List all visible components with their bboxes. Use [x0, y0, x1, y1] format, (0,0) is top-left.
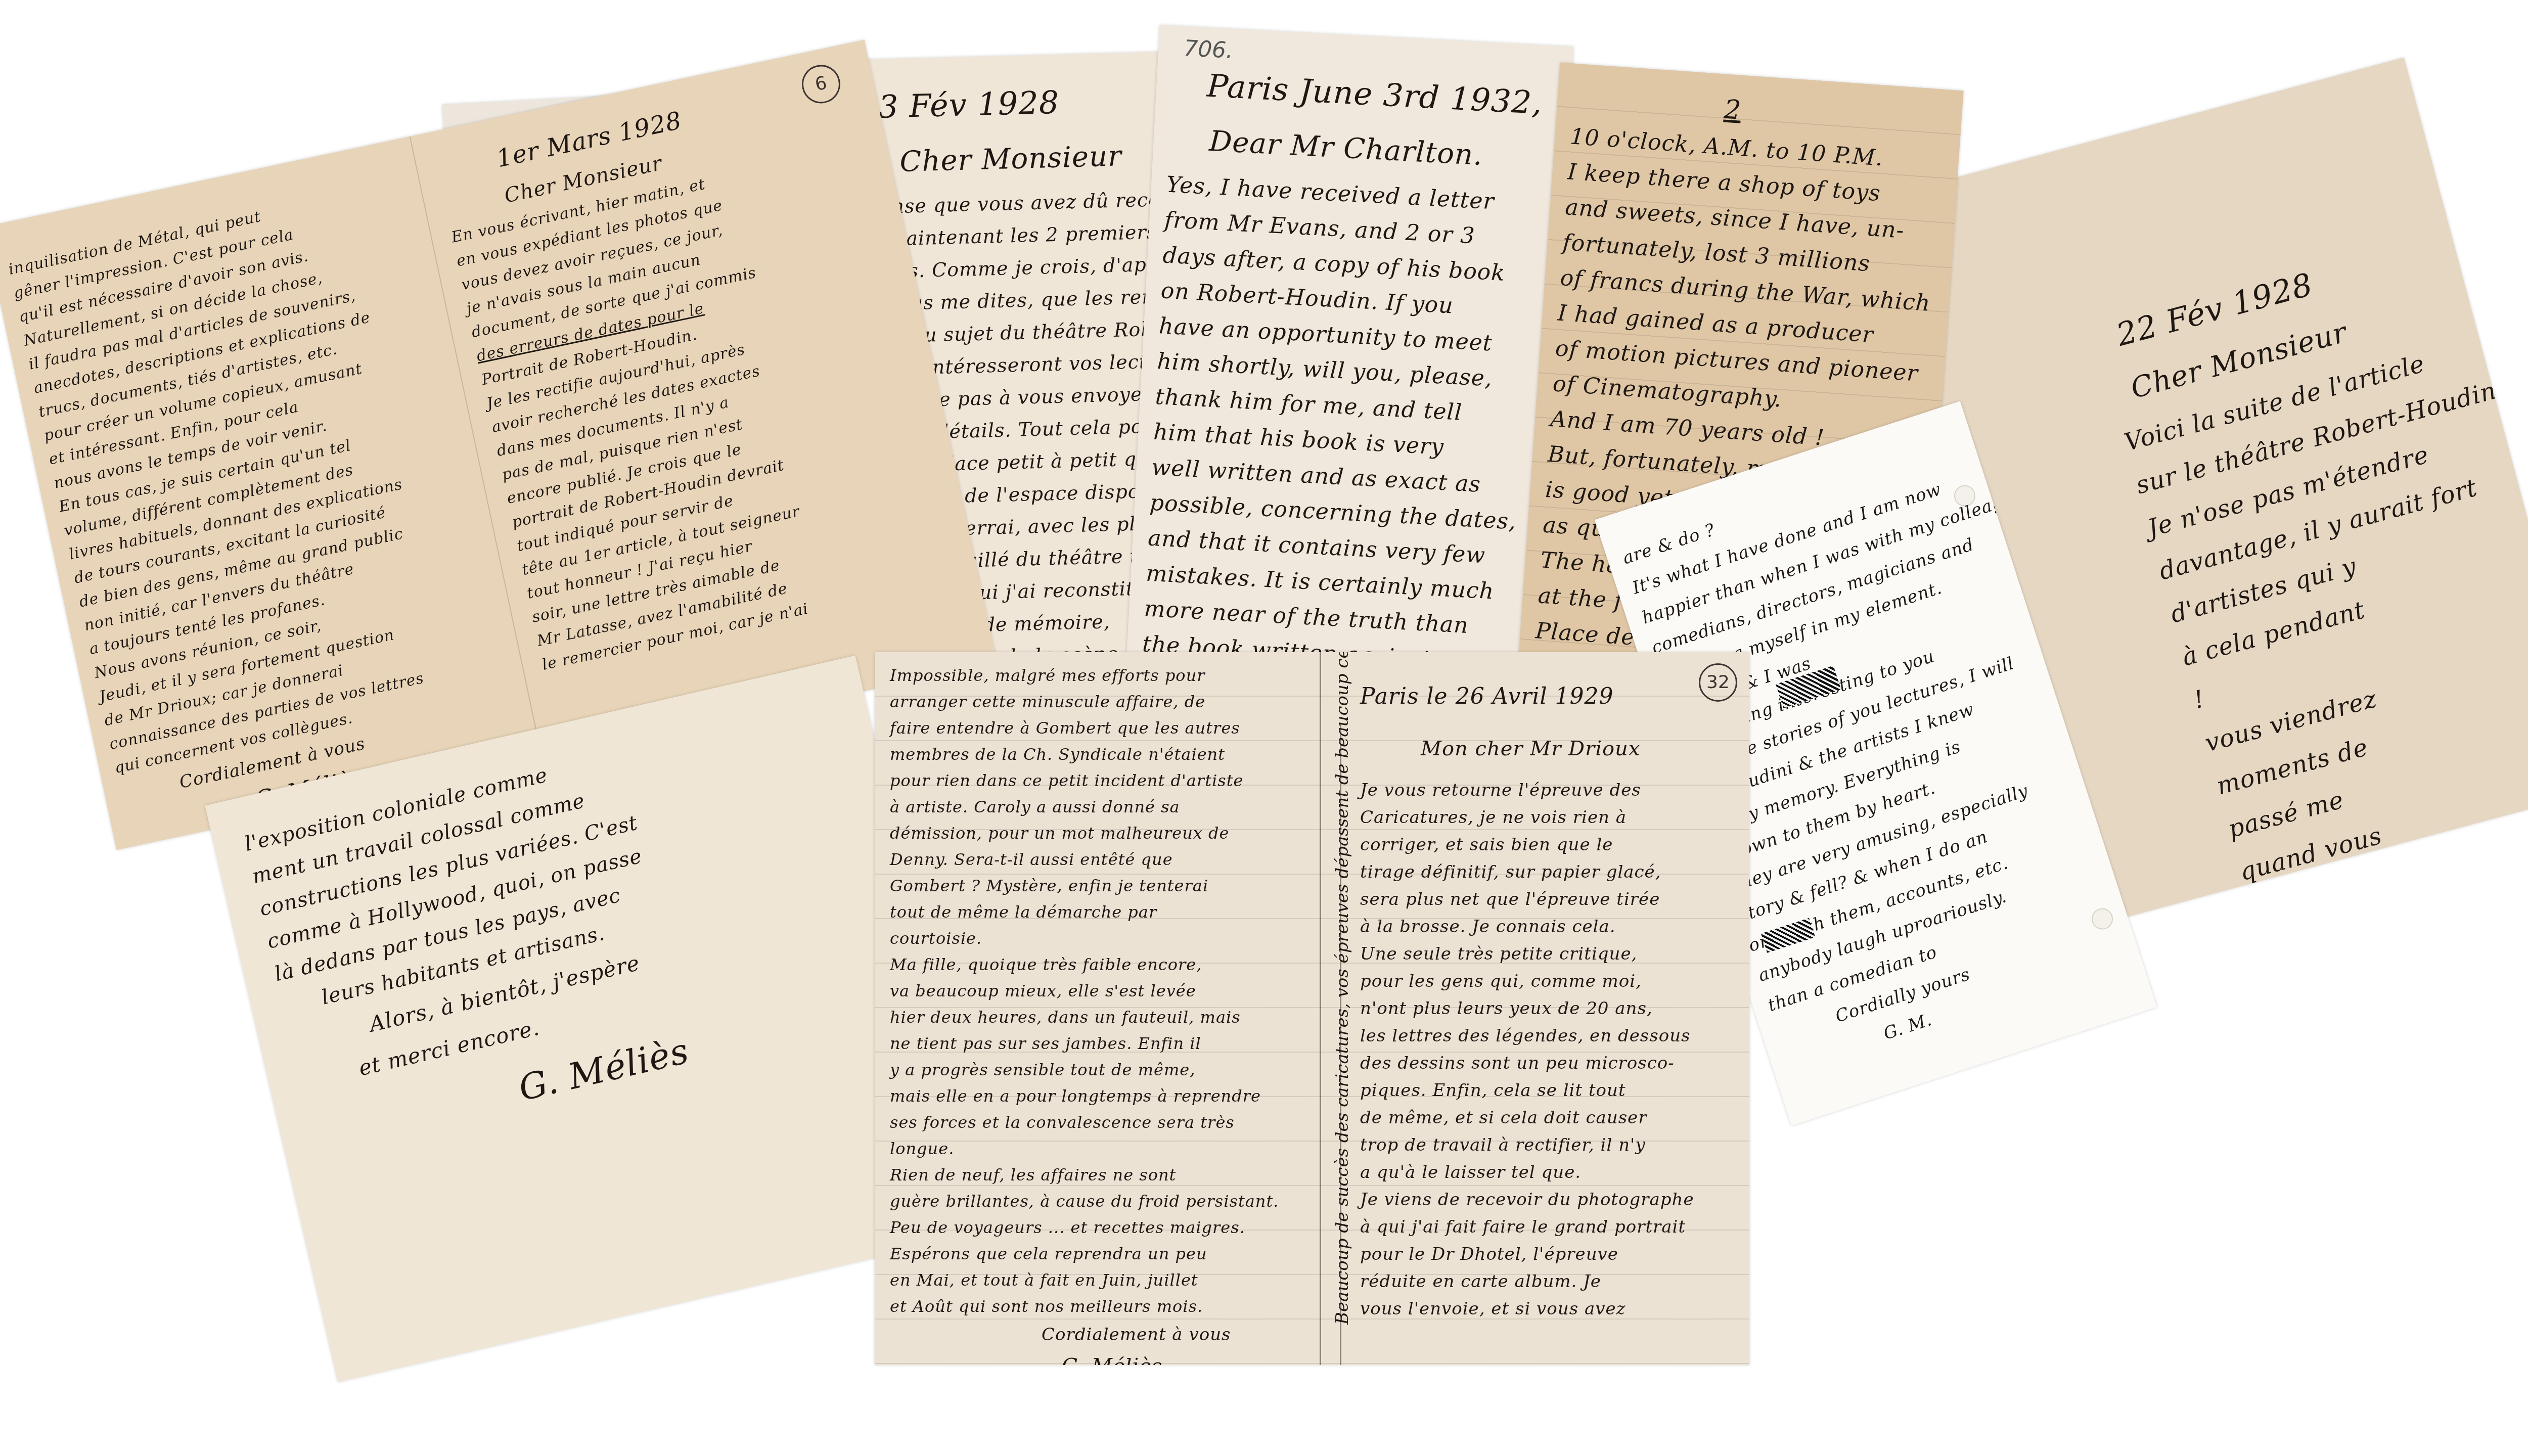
margin-note: Beaucoup de succès des caricatures, vos … [1330, 652, 1355, 1325]
right-column-text: Paris le 26 Avril 1929 Mon cher Mr Driou… [1360, 672, 1749, 1365]
letter-line: vous l'envoie, et si vous avez [1360, 1295, 1749, 1323]
letter-line: à la brosse. Je connais cela. [1360, 913, 1749, 940]
letter-line: à qui j'ai fait faire le grand portrait [1360, 1213, 1749, 1241]
letter-line: les lettres des légendes, en dessous [1360, 1022, 1749, 1050]
letter-line: Caricatures, je ne vois rien à [1360, 804, 1749, 831]
letter-line: trop de travail à rectifier, il n'y [1360, 1131, 1749, 1159]
letter-line: sera plus net que l'épreuve tirée [1360, 886, 1749, 913]
letter-line: de même, et si cela doit causer [1360, 1104, 1749, 1131]
letter-line: Une seule très petite critique, [1360, 940, 1749, 968]
letter-line: piques. Enfin, cela se lit tout [1360, 1077, 1749, 1104]
letter-line: pour le Dr Dhotel, l'épreuve [1360, 1241, 1749, 1268]
letter-line: pour les gens qui, comme moi, [1360, 968, 1749, 995]
letter-sheet-26-avril-1929: 32 Impossible, malgré mes efforts pour a… [875, 652, 1749, 1365]
letter-line: ce à Paris [2269, 885, 2528, 953]
letter-date: 23 Fév 1928 [837, 71, 1202, 136]
letter-sheet-charlton-1932: 706. Paris June 3rd 1932, Dear Mr Charlt… [1126, 25, 1574, 682]
letter-date: Paris le 26 Avril 1929 [1360, 672, 1749, 721]
letter-line: réduite en carte album. Je [1360, 1268, 1749, 1295]
letter-line: Je vous retourne l'épreuve des [1360, 777, 1749, 804]
letter-line: tirage définitif, sur papier glacé, [1360, 858, 1749, 886]
letter-greeting: Mon cher Mr Drioux [1360, 721, 1749, 777]
letter-line: a qu'à le laisser tel que. [1360, 1159, 1749, 1186]
letter-line: Je viens de recevoir du photographe [1360, 1186, 1749, 1213]
letter-line: des dessins sont un peu microsco- [1360, 1050, 1749, 1077]
letter-line: n'ont plus leurs yeux de 20 ans, [1360, 995, 1749, 1022]
letter-line: corriger, et sais bien que le [1360, 831, 1749, 858]
